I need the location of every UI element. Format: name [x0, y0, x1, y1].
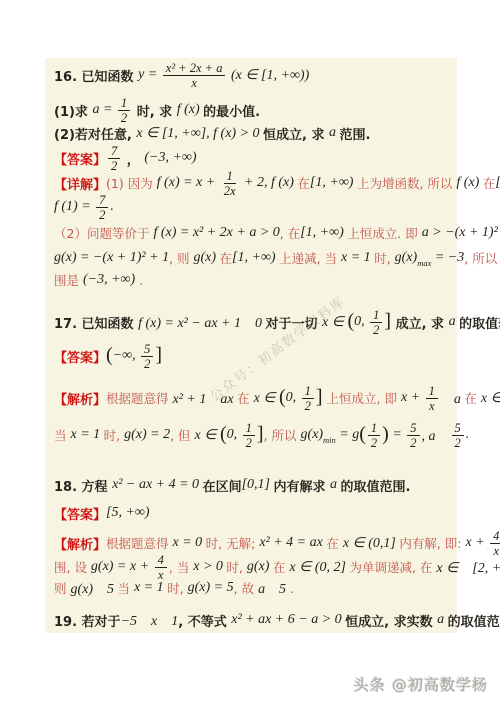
- math-fraction: 12: [370, 308, 382, 337]
- text-segment: 时,: [167, 579, 187, 597]
- math-subscript: min: [323, 435, 336, 445]
- text-segment: 17. 已知函数: [54, 313, 138, 332]
- text-segment: ，: [122, 149, 144, 168]
- solution-18-line3: 则 g(x) 5 当 x = 1 时, g(x) = 5, 故 a 5 .: [54, 572, 294, 604]
- fraction-numerator: 1: [302, 384, 314, 399]
- text-segment: a: [437, 612, 448, 628]
- question-16-title: 16. 已知函数 y = x² + 2x + ax (x ∈ [1, +∞)): [54, 59, 309, 91]
- fraction-denominator: 2x: [221, 184, 239, 198]
- text-segment: f (x) = x² − ax + 1 0: [138, 312, 265, 332]
- text-segment: g(x) 5: [70, 578, 117, 598]
- fraction-denominator: 2: [302, 399, 314, 413]
- text-segment: 在: [220, 249, 233, 267]
- fraction-numerator: 1: [118, 96, 130, 111]
- text-segment: ]: [316, 386, 323, 409]
- text-segment: x ∈ [1, +∞], f (x) > 0: [136, 125, 263, 142]
- fraction-numerator: 5: [141, 342, 153, 357]
- text-segment: (: [359, 423, 366, 446]
- text-segment: [5, +∞): [106, 505, 150, 521]
- text-segment: f (x): [177, 102, 203, 118]
- text-segment: , 不等式: [178, 611, 231, 630]
- text-segment: −∞,: [113, 348, 139, 364]
- text-segment: [1, +∞): [495, 175, 500, 191]
- text-segment: a: [440, 388, 465, 408]
- text-segment: 上恒成立, 即: [323, 389, 401, 407]
- text-segment: (: [347, 310, 354, 333]
- text-segment: 19. 若对于: [54, 611, 121, 630]
- text-segment: x ∈: [195, 427, 220, 444]
- text-segment: 在区间: [203, 476, 242, 495]
- text-segment: f (x): [456, 175, 482, 191]
- text-segment: .: [135, 273, 143, 288]
- math-fraction: 52: [407, 421, 419, 450]
- text-segment: 18. 方程: [54, 476, 112, 495]
- math-fraction: 12: [302, 384, 314, 413]
- text-segment: , 则: [169, 249, 193, 267]
- text-segment: 时, 无解;: [206, 534, 260, 552]
- text-segment: a: [330, 477, 341, 493]
- text-segment: x +: [401, 390, 424, 406]
- text-segment: 的取值范围.: [459, 313, 500, 332]
- fraction-numerator: 5: [407, 421, 419, 436]
- text-segment: x² + ax + 6 − a > 0: [231, 612, 345, 628]
- worksheet-paper: 16. 已知函数 y = x² + 2x + ax (x ∈ [1, +∞))(…: [45, 58, 457, 633]
- text-segment: 在: [237, 389, 253, 407]
- text-segment: 的取值范围.: [341, 476, 411, 495]
- text-segment: 则: [54, 579, 70, 597]
- fraction-denominator: 2: [368, 436, 380, 450]
- text-segment: x ∈ (0,1]: [343, 535, 400, 552]
- text-segment: −5 x 1: [121, 610, 179, 630]
- fraction-denominator: 2: [243, 436, 255, 450]
- math-fraction: 52: [452, 421, 464, 450]
- fraction-denominator: 2: [407, 436, 419, 450]
- text-segment: (−3, +∞): [83, 272, 135, 288]
- answer-18: 【答案】[5, +∞): [54, 497, 150, 529]
- text-segment: , 但: [170, 426, 194, 444]
- text-segment: , 在: [280, 224, 300, 242]
- text-segment: ): [382, 423, 389, 446]
- fraction-numerator: 4: [155, 553, 167, 568]
- math-fraction: 52: [141, 342, 153, 371]
- text-segment: , a: [422, 425, 450, 445]
- text-segment: x² − ax + 4 = 0: [112, 477, 202, 493]
- text-segment: .: [466, 427, 470, 443]
- text-segment: y =: [138, 67, 161, 83]
- text-segment: x = 1: [134, 580, 167, 596]
- text-segment: , 故: [234, 579, 258, 597]
- text-segment: （2）问题等价于: [54, 224, 153, 242]
- text-segment: =: [389, 427, 405, 443]
- text-segment: 【答案】: [54, 149, 106, 168]
- text-segment: ]: [384, 310, 391, 333]
- text-segment: + 2, f (x): [241, 175, 298, 191]
- text-segment: 在: [297, 174, 310, 192]
- solution-17-line1: 【解析】根据题意得 x² + 1 ax 在 x ∈ (0, 12] 上恒成立, …: [54, 382, 500, 414]
- text-segment: g(x) = 2: [124, 427, 170, 443]
- text-segment: 恒成立, 求实数: [345, 611, 437, 630]
- text-segment: .: [286, 581, 294, 596]
- text-segment: = −3: [431, 250, 464, 266]
- text-segment: x = 1: [70, 427, 103, 443]
- text-segment: 【答案】: [54, 347, 106, 366]
- text-segment: 当: [54, 426, 70, 444]
- text-segment: (: [106, 344, 113, 367]
- text-segment: g(x) = 5: [188, 580, 234, 596]
- text-segment: [0,1]: [242, 477, 274, 493]
- text-segment: 为单调递减, 在: [349, 558, 436, 576]
- text-segment: 内有解, 即:: [399, 534, 465, 552]
- text-segment: 在: [326, 534, 342, 552]
- fraction-numerator: 1: [224, 169, 236, 184]
- text-segment: (: [279, 386, 286, 409]
- text-segment: x ∈: [481, 390, 500, 407]
- text-segment: x +: [466, 535, 489, 551]
- text-segment: 【答案】: [54, 504, 106, 523]
- text-segment: x ∈ (0, 2]: [289, 559, 349, 576]
- fraction-numerator: 5: [452, 421, 464, 436]
- text-segment: x² + 4 = ax: [259, 535, 326, 551]
- text-segment: = g: [336, 427, 359, 443]
- text-segment: (1) 因为: [106, 174, 157, 192]
- text-segment: 【解析】: [54, 534, 106, 553]
- text-segment: 根据题意得: [106, 534, 172, 552]
- text-segment: f (x) = x +: [157, 175, 219, 191]
- text-segment: 16. 已知函数: [54, 66, 138, 85]
- fraction-denominator: 2: [370, 323, 382, 337]
- text-segment: 【详解】: [54, 174, 106, 193]
- text-segment: 当: [118, 579, 134, 597]
- fraction-numerator: 4: [490, 529, 500, 544]
- fraction-numerator: 1: [243, 421, 255, 436]
- text-segment: x = 1: [341, 250, 374, 266]
- text-segment: [1, +∞): [300, 225, 347, 241]
- fraction-denominator: x: [188, 76, 200, 90]
- text-segment: a: [329, 125, 340, 141]
- text-segment: 内有解求: [273, 476, 330, 495]
- math-fraction: 12: [368, 421, 380, 450]
- text-segment: 围是: [54, 271, 83, 289]
- text-segment: 0,: [354, 314, 368, 330]
- math-fraction: x² + 2x + ax: [163, 61, 226, 90]
- text-segment: 上为增函数, 所以: [357, 174, 456, 192]
- text-segment: g(x): [300, 427, 323, 443]
- text-segment: 时,: [374, 249, 394, 267]
- text-segment: 在: [464, 389, 480, 407]
- text-segment: a: [449, 314, 460, 330]
- answer-17: 【答案】(−∞, 52]: [54, 340, 162, 372]
- text-segment: 上递减, 当: [279, 249, 341, 267]
- text-segment: x = 0: [173, 535, 206, 551]
- fraction-denominator: 2: [141, 357, 153, 371]
- math-fraction: 12: [243, 421, 255, 450]
- fraction-denominator: x: [426, 399, 438, 413]
- text-segment: 的取值范围.: [448, 611, 500, 630]
- text-segment: a 5: [258, 578, 286, 598]
- text-segment: , 所以: [264, 426, 301, 444]
- text-segment: a > −(x + 1)² + 1: [422, 225, 500, 241]
- text-segment: (x ∈ [1, +∞)): [227, 67, 309, 84]
- fraction-numerator: 1: [368, 421, 380, 436]
- solution-16-line1: 【详解】(1) 因为 f (x) = x + 12x + 2, f (x) 在[…: [54, 167, 500, 199]
- text-segment: 时,: [104, 426, 124, 444]
- fraction-numerator: x² + 2x + a: [163, 61, 226, 76]
- fraction-numerator: 7: [96, 193, 108, 208]
- fraction-numerator: 1: [426, 384, 438, 399]
- text-segment: 0,: [227, 427, 241, 443]
- text-segment: 在: [483, 174, 496, 192]
- question-19-title: 19. 若对于−5 x 1, 不等式 x² + ax + 6 − a > 0 恒…: [54, 604, 500, 636]
- text-segment: .: [110, 199, 114, 215]
- solution-16-line5: 围是 (−3, +∞) .: [54, 264, 143, 296]
- text-segment: ]: [257, 423, 264, 446]
- text-segment: g(x): [193, 250, 219, 266]
- fraction-denominator: 2: [452, 436, 464, 450]
- text-segment: (−3, +∞): [144, 150, 196, 166]
- math-fraction: 12x: [221, 169, 239, 198]
- text-segment: 范围.: [340, 124, 371, 143]
- text-segment: 成立, 求: [391, 313, 449, 332]
- text-segment: 恒成立, 求: [263, 124, 329, 143]
- text-segment: 0,: [286, 390, 300, 406]
- text-segment: g(x): [395, 250, 418, 266]
- text-segment: [1, +∞): [310, 175, 357, 191]
- text-segment: (2)若对任意,: [54, 124, 136, 143]
- text-segment: f (1) =: [54, 199, 94, 215]
- text-segment: (: [220, 423, 227, 446]
- text-segment: 上恒成立. 即: [347, 224, 421, 242]
- question-17-title: 17. 已知函数 f (x) = x² − ax + 1 0 对于一切 x ∈ …: [54, 306, 500, 338]
- text-segment: 【解析】: [54, 389, 106, 408]
- text-segment: [1, +∞): [232, 250, 279, 266]
- fraction-numerator: 1: [370, 308, 382, 323]
- solution-17-line2: 当 x = 1 时, g(x) = 2, 但 x ∈ (0, 12], 所以 g…: [54, 419, 469, 451]
- text-segment: x ∈: [254, 390, 279, 407]
- text-segment: f (x) = x² + 2x + a > 0: [153, 225, 279, 241]
- math-subscript: max: [417, 258, 431, 268]
- text-segment: ]: [155, 344, 162, 367]
- fraction-numerator: 7: [108, 144, 120, 159]
- text-segment: a =: [92, 102, 115, 118]
- math-fraction: 1x: [426, 384, 438, 413]
- toutiao-logo: 头条 @初高数学杨: [354, 674, 488, 695]
- text-segment: x ∈ [2, +∞): [436, 557, 500, 577]
- text-segment: 根据题意得: [106, 389, 172, 407]
- text-segment: , 所以: [464, 249, 500, 267]
